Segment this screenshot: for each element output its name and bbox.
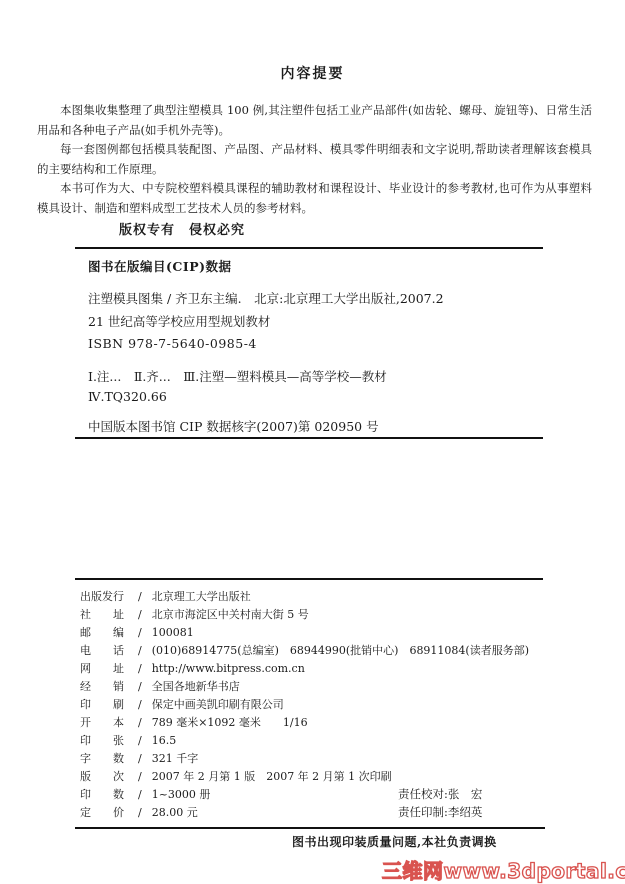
publication-separator: / — [138, 732, 142, 750]
quality-notice: 图书出现印装质量问题,本社负责调换 — [292, 833, 497, 850]
publication-row: 出版发行 / 北京理工大学出版社 — [80, 588, 605, 606]
publication-row: 印 刷 / 保定中画美凯印刷有限公司 — [80, 696, 605, 714]
publication-row: 网 址 / http://www.bitpress.com.cn — [80, 660, 605, 678]
content-summary: 本图集收集整理了典型注塑模具 100 例,其注塑件包括工业产品部件(如齿轮、螺母… — [37, 101, 592, 218]
summary-paragraph: 本图集收集整理了典型注塑模具 100 例,其注塑件包括工业产品部件(如齿轮、螺母… — [37, 101, 592, 140]
publication-value: 321 千字 — [152, 750, 199, 768]
book-copyright-page: 内容提要 本图集收集整理了典型注塑模具 100 例,其注塑件包括工业产品部件(如… — [0, 0, 625, 884]
publication-value: 16.5 — [152, 732, 177, 750]
publication-value: (010)68914775(总编室) 68944990(批销中心) 689110… — [152, 642, 529, 660]
publication-separator: / — [138, 768, 142, 786]
publication-label: 印 数 — [80, 786, 130, 804]
publication-row: 电 话 / (010)68914775(总编室) 68944990(批销中心) … — [80, 642, 605, 660]
cip-heading: 图书在版编目(CIP)数据 — [88, 257, 232, 275]
publication-separator: / — [138, 588, 142, 606]
proofreader-credit: 责任校对:张 宏 — [398, 786, 482, 802]
publication-label: 网 址 — [80, 660, 130, 678]
publication-row: 经 销 / 全国各地新华书店 — [80, 678, 605, 696]
publication-value: 北京理工大学出版社 — [152, 588, 251, 606]
publication-row: 邮 编 / 100081 — [80, 624, 605, 642]
publication-label: 印 张 — [80, 732, 130, 750]
print-supervisor-credit: 责任印制:李绍英 — [398, 804, 482, 820]
publication-separator: / — [138, 714, 142, 732]
publication-value: 全国各地新华书店 — [152, 678, 240, 696]
publication-value: 2007 年 2 月第 1 版 2007 年 2 月第 1 次印刷 — [152, 768, 392, 786]
publication-value: 789 毫米×1092 毫米 1/16 — [152, 714, 308, 732]
watermark-text: 三维网www.3dportal.cn — [382, 855, 625, 884]
publication-separator: / — [138, 696, 142, 714]
publication-label: 开 本 — [80, 714, 130, 732]
divider-line — [75, 437, 543, 439]
summary-paragraph: 每一套图例都包括模具装配图、产品图、产品材料、模具零件明细表和文字说明,帮助读者… — [37, 140, 592, 179]
publication-label: 出版发行 — [80, 588, 130, 606]
publication-info-list: 出版发行 / 北京理工大学出版社 社 址 / 北京市海淀区中关村南大街 5 号 … — [80, 588, 605, 822]
cip-registry-line: 中国版本图书馆 CIP 数据核字(2007)第 020950 号 — [88, 417, 379, 435]
publication-separator: / — [138, 804, 142, 822]
publication-value: 保定中画美凯印刷有限公司 — [152, 696, 284, 714]
cip-series-line: 21 世纪高等学校应用型规划教材 — [88, 312, 270, 330]
publication-row: 社 址 / 北京市海淀区中关村南大街 5 号 — [80, 606, 605, 624]
divider-line — [75, 247, 543, 249]
publication-value: 100081 — [152, 624, 194, 642]
publication-label: 印 刷 — [80, 696, 130, 714]
publication-value: 北京市海淀区中关村南大街 5 号 — [152, 606, 309, 624]
publication-separator: / — [138, 642, 142, 660]
cip-classification-line: Ⅰ.注... Ⅱ.齐... Ⅲ.注塑—塑料模具—高等学校—教材 — [88, 367, 387, 385]
cip-classification-line: Ⅳ.TQ320.66 — [88, 389, 167, 404]
publication-label: 邮 编 — [80, 624, 130, 642]
publication-row: 版 次 / 2007 年 2 月第 1 版 2007 年 2 月第 1 次印刷 — [80, 768, 605, 786]
publication-value: http://www.bitpress.com.cn — [152, 660, 305, 678]
publication-row: 定 价 / 28.00 元 — [80, 804, 605, 822]
publication-row: 印 数 / 1~3000 册 — [80, 786, 605, 804]
publication-row: 印 张 / 16.5 — [80, 732, 605, 750]
publication-label: 社 址 — [80, 606, 130, 624]
content-summary-title: 内容提要 — [0, 63, 625, 83]
publication-separator: / — [138, 786, 142, 804]
publication-label: 定 价 — [80, 804, 130, 822]
publication-value: 28.00 元 — [152, 804, 198, 822]
summary-paragraph: 本书可作为大、中专院校塑料模具课程的辅助教材和课程设计、毕业设计的参考教材,也可… — [37, 179, 592, 218]
publication-label: 经 销 — [80, 678, 130, 696]
publication-separator: / — [138, 678, 142, 696]
publication-row: 开 本 / 789 毫米×1092 毫米 1/16 — [80, 714, 605, 732]
divider-line — [75, 578, 543, 580]
publication-label: 版 次 — [80, 768, 130, 786]
publication-separator: / — [138, 624, 142, 642]
publication-separator: / — [138, 750, 142, 768]
divider-line — [75, 827, 545, 829]
publication-separator: / — [138, 606, 142, 624]
cip-title-line: 注塑模具图集 / 齐卫东主编. 北京:北京理工大学出版社,2007.2 — [88, 289, 444, 307]
publication-row: 字 数 / 321 千字 — [80, 750, 605, 768]
publication-label: 电 话 — [80, 642, 130, 660]
publication-value: 1~3000 册 — [152, 786, 211, 804]
copyright-notice: 版权专有 侵权必究 — [119, 219, 245, 238]
publication-label: 字 数 — [80, 750, 130, 768]
cip-isbn-line: ISBN 978-7-5640-0985-4 — [88, 336, 257, 351]
publication-separator: / — [138, 660, 142, 678]
